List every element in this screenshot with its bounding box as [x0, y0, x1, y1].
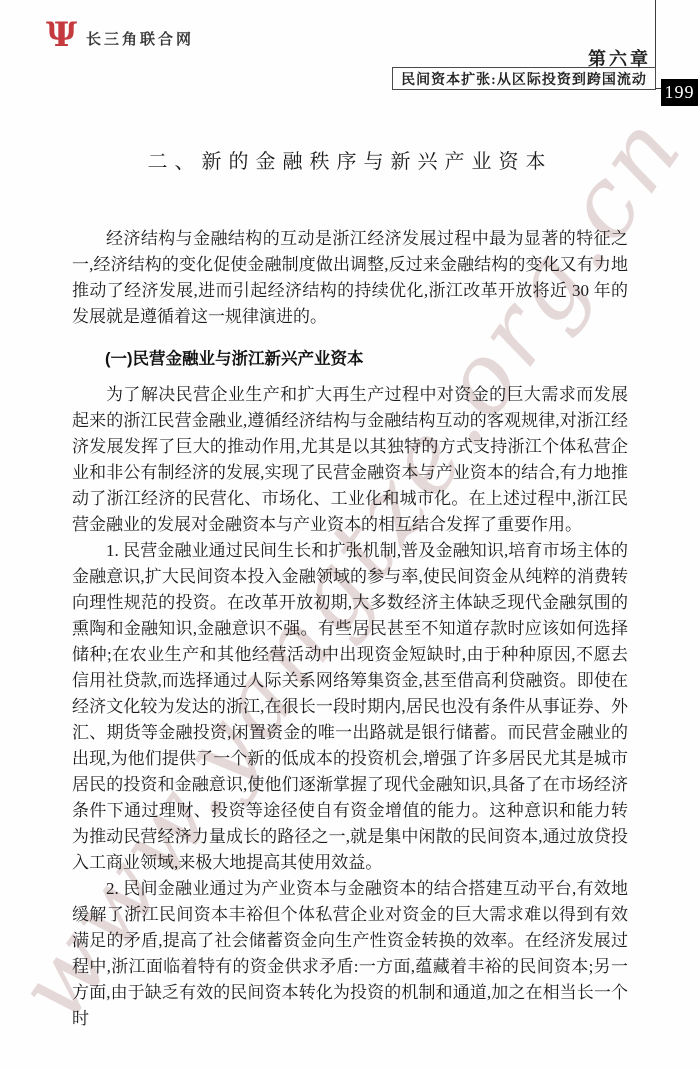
subsection-heading: (一)民营金融业与浙江新兴产业资本 — [72, 346, 628, 372]
chapter-subtitle: 民间资本扩张:从区际投资到跨国流动 — [401, 69, 647, 89]
page-number-badge: 199 — [661, 79, 698, 106]
page-body: 二、新的金融秩序与新兴产业资本 经济结构与金融结构的互动是浙江经济发展过程中最为… — [72, 148, 628, 1032]
paragraph-point-2: 2. 民间金融业通过为产业资本与金融资本的结合搭建互动平台,有效地缓解了浙江民间… — [72, 876, 628, 1032]
chapter-subtitle-box: 民间资本扩张:从区际投资到跨国流动 — [392, 67, 656, 90]
book-page: www.yangtze.org.cn Ψ 长三角联合网 第六章 民间资本扩张:从… — [0, 0, 700, 1069]
paragraph-point-1: 1. 民营金融业通过民间生长和扩张机制,普及金融知识,培育市场主体的金融意识,扩… — [72, 538, 628, 876]
paragraph-overview: 为了解决民营企业生产和扩大再生产过程中对资金的巨大需求而发展起来的浙江民营金融业… — [72, 382, 628, 538]
section-title: 二、新的金融秩序与新兴产业资本 — [72, 148, 628, 176]
paragraph-intro: 经济结构与金融结构的互动是浙江经济发展过程中最为显著的特征之一,经济结构的变化促… — [72, 226, 628, 330]
